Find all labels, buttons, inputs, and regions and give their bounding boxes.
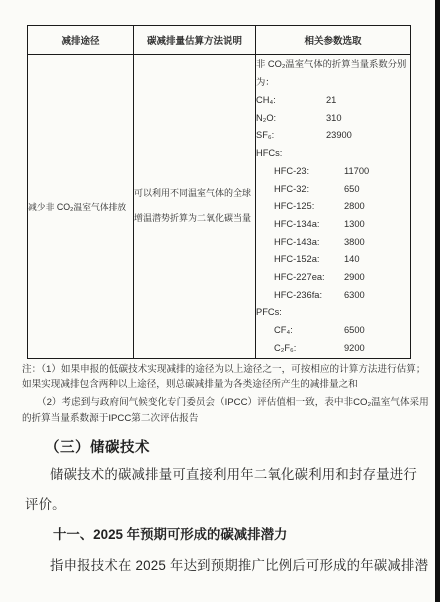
param-entry: HFC-32:650: [256, 181, 410, 199]
param-label: HFC-227ea:: [274, 269, 344, 287]
param-label: HFC-32:: [274, 181, 344, 199]
param-value: 9200: [344, 340, 365, 358]
param-label: HFCs:: [256, 145, 326, 163]
param-entry: HFC-23:11700: [256, 163, 410, 181]
param-value: 1300: [344, 216, 365, 234]
method-cell: 可以利用不同温室气体的全球增温潜势折算为二氧化碳当量: [134, 55, 256, 359]
param-label: HFC-125:: [274, 198, 344, 216]
note-line: 注：（1）如果申报的低碳技术实现减排的途径为以上途径之一，可按相应的计算方法进行…: [22, 362, 436, 377]
param-entry: CF₄:6500: [256, 322, 410, 340]
section-heading-storage: （三）储碳技术: [45, 436, 150, 457]
note-line: 如果实现减排包含两种以上途径，则总碳减排量为各类途径所产生的减排量之和: [22, 377, 436, 392]
param-entry: N₂O:310: [256, 110, 410, 128]
pathway-cell: 减少非 CO₂温室气体排放: [28, 55, 134, 359]
col-header-params: 相关参数选取: [256, 26, 411, 55]
param-label: HFC-152a:: [274, 251, 344, 269]
param-entry: SF₆:23900: [256, 127, 410, 145]
params-cell: 非 CO₂温室气体的折算当量系数分别为： CH₄:21N₂O:310SF₆:23…: [256, 55, 411, 359]
table-header-row: 减排途径 碳减排量估算方法说明 相关参数选取: [28, 26, 411, 55]
table-notes: 注：（1）如果申报的低碳技术实现减排的途径为以上途径之一，可按相应的计算方法进行…: [22, 362, 436, 426]
param-value: 3800: [344, 234, 365, 252]
param-entry: HFC-236fa:6300: [256, 287, 410, 305]
note-line: （2）考虑到与政府间气候变化专门委员会（IPCC）评估值相一致，表中非CO₂温室…: [22, 395, 436, 410]
param-value: 6300: [344, 287, 365, 305]
param-value: 2800: [344, 198, 365, 216]
param-entry: HFC-134a:1300: [256, 216, 410, 234]
param-label: PFCs:: [256, 304, 326, 322]
param-entry: HFC-227ea:2900: [256, 269, 410, 287]
storage-paragraph-line1: 储碳技术的碳减排量可直接利用年二氧化碳利用和封存量进行: [50, 464, 417, 483]
param-label: HFC-134a:: [274, 216, 344, 234]
param-value: 6500: [344, 322, 365, 340]
storage-paragraph-line2: 评价。: [25, 494, 66, 513]
scan-edge-strip: [435, 0, 440, 602]
col-header-pathway: 减排途径: [28, 26, 134, 55]
param-label: CF₄:: [274, 322, 344, 340]
param-value: 310: [326, 110, 342, 128]
param-label: CH₄:: [256, 92, 326, 110]
param-label: C₂F₆:: [274, 340, 344, 358]
param-label: SF₆:: [256, 127, 326, 145]
document-page: 减排途径 碳减排量估算方法说明 相关参数选取 减少非 CO₂温室气体排放 可以利…: [0, 0, 440, 602]
param-entry: HFC-152a:140: [256, 251, 410, 269]
params-entry-list: CH₄:21N₂O:310SF₆:23900HFCs:HFC-23:11700H…: [256, 92, 410, 358]
param-entry: HFC-125:2800: [256, 198, 410, 216]
param-entry: HFCs:: [256, 145, 410, 163]
param-entry: HFC-143a:3800: [256, 234, 410, 252]
table-row: 减少非 CO₂温室气体排放 可以利用不同温室气体的全球增温潜势折算为二氧化碳当量…: [28, 55, 411, 359]
param-entry: C₂F₆:9200: [256, 340, 410, 358]
param-entry: PFCs:: [256, 304, 410, 322]
param-value: 140: [344, 251, 360, 269]
param-value: 21: [326, 92, 336, 110]
param-value: 23900: [326, 127, 352, 145]
params-intro: 非 CO₂温室气体的折算当量系数分别为：: [256, 55, 410, 91]
section-heading-potential: 十一、2025 年预期可形成的碳减排潜力: [53, 524, 287, 543]
param-label: HFC-23:: [274, 163, 344, 181]
emission-params-table: 减排途径 碳减排量估算方法说明 相关参数选取 减少非 CO₂温室气体排放 可以利…: [27, 25, 411, 359]
note-line: 的折算当量系数源于IPCC第二次评估报告: [22, 411, 436, 426]
col-header-method: 碳减排量估算方法说明: [134, 26, 256, 55]
param-value: 11700: [344, 163, 369, 181]
param-entry: CH₄:21: [256, 92, 410, 110]
param-label: HFC-143a:: [274, 234, 344, 252]
param-value: 650: [344, 181, 360, 199]
param-label: HFC-236fa:: [274, 287, 344, 305]
param-value: 2900: [344, 269, 365, 287]
potential-paragraph: 指申报技术在 2025 年达到预期推广比例后可形成的年碳减排潜: [50, 555, 428, 574]
param-label: N₂O:: [256, 110, 326, 128]
